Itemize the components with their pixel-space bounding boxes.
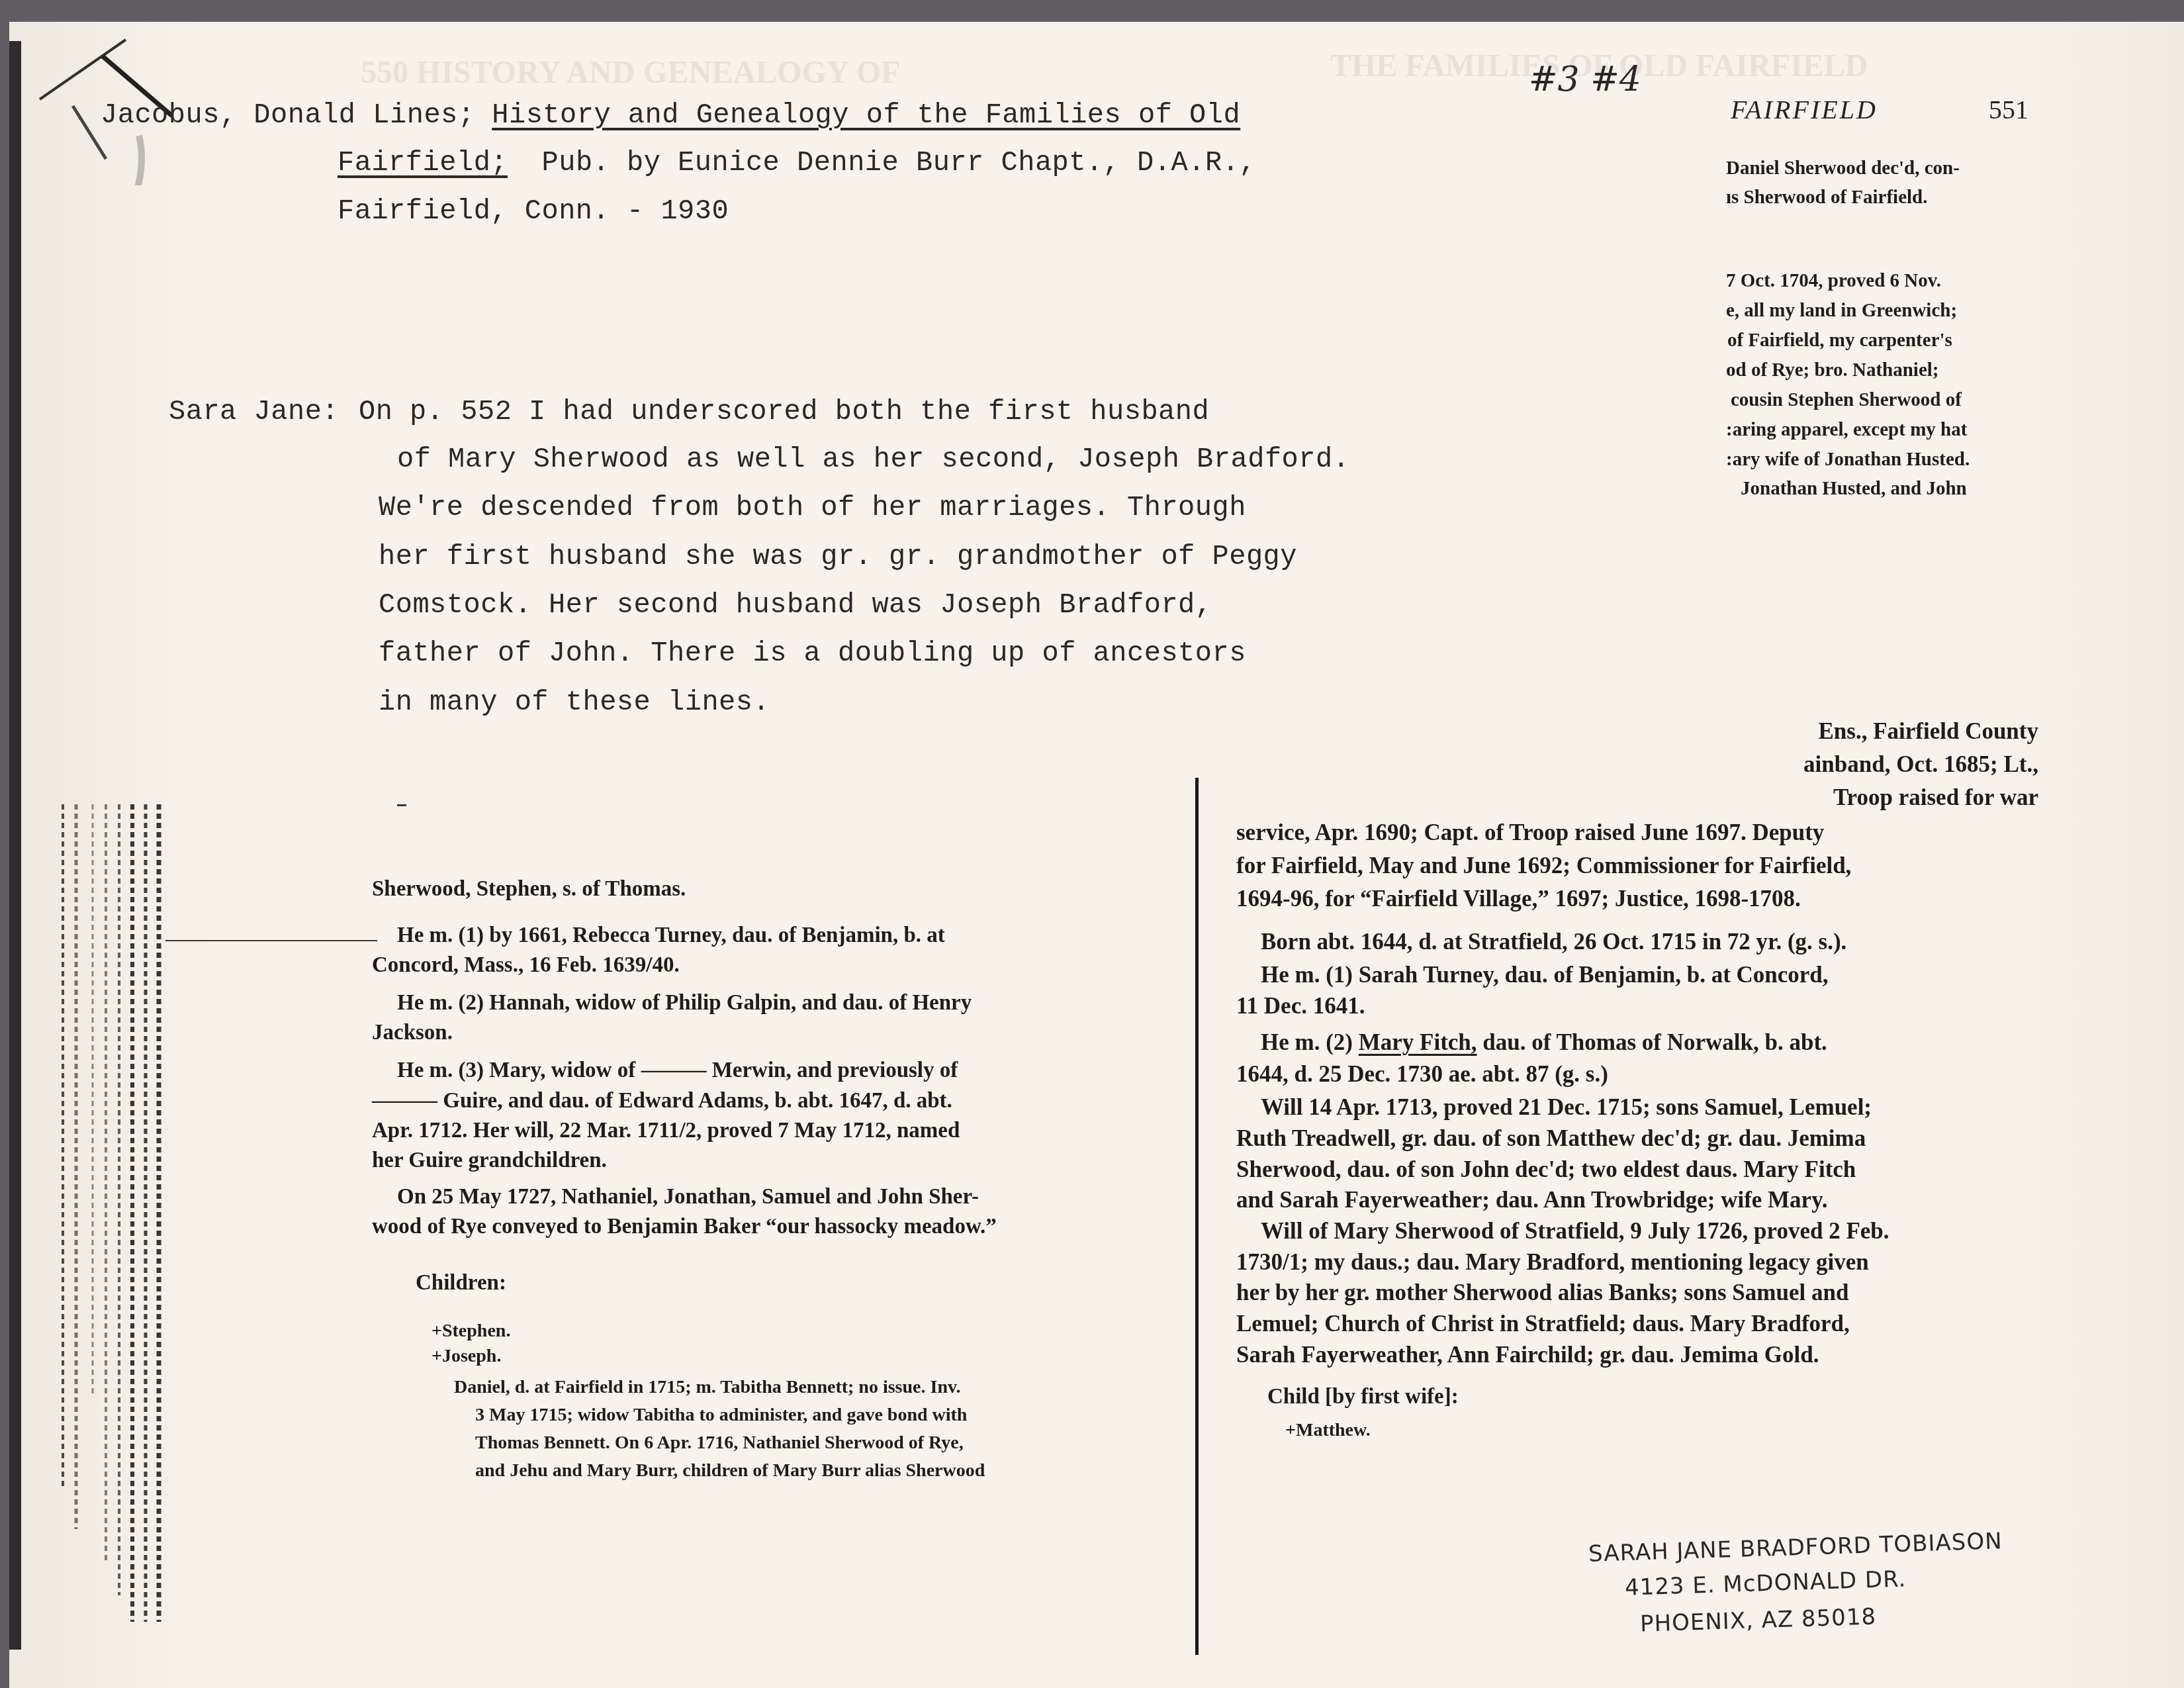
entry-line: Will 14 Apr. 1713, proved 21 Dec. 1715; …	[1261, 1094, 1872, 1121]
entry-line: Sherwood, dau. of son John dec'd; two el…	[1236, 1156, 1856, 1183]
running-title: FAIRFIELD	[1731, 94, 1878, 125]
citation-publisher: Pub. by Eunice Dennie Burr Chapt., D.A.R…	[541, 147, 1256, 179]
entry-line: Sarah Fayerweather, Ann Fairchild; gr. d…	[1236, 1342, 1819, 1368]
scan-streaks	[56, 801, 169, 1662]
fragment-line: 7 Oct. 1704, proved 6 Nov.	[1726, 270, 1941, 292]
page-number: 551	[1989, 94, 2028, 125]
note-line: in many of these lines.	[379, 686, 770, 718]
entry-line: wood of Rye conveyed to Benjamin Baker “…	[372, 1215, 997, 1239]
child-entry-line: Daniel, d. at Fairfield in 1715; m. Tabi…	[454, 1377, 960, 1398]
note-line: of Mary Sherwood as well as her second, …	[397, 444, 1349, 475]
entry-line: Born abt. 1644, d. at Stratfield, 26 Oct…	[1261, 929, 1846, 955]
entry-line: 11 Dec. 1641.	[1236, 993, 1365, 1019]
entry-line: Concord, Mass., 16 Feb. 1639/40.	[372, 953, 680, 978]
entry-line: for Fairfield, May and June 1692; Commis…	[1236, 853, 1851, 879]
margin-rule	[165, 940, 377, 941]
citation-line-2: Fairfield; Pub. by Eunice Dennie Burr Ch…	[338, 147, 1256, 179]
underscored-name-mary-fitch: Mary Fitch,	[1359, 1029, 1477, 1055]
entry-line: Jackson.	[372, 1021, 453, 1045]
note-line: her first husband she was gr. gr. grandm…	[379, 541, 1297, 573]
note-line: father of John. There is a doubling up o…	[379, 637, 1246, 669]
citation-author: Jacobus, Donald Lines;	[101, 99, 475, 131]
child-item: +Stephen.	[432, 1321, 510, 1342]
entry-line: He m. (1) Sarah Turney, dau. of Benjamin…	[1261, 962, 1829, 988]
note-line: On p. 552 I had underscored both the fir…	[359, 396, 1209, 428]
entry-line: He m. (3) Mary, widow of ——— Merwin, and…	[397, 1058, 958, 1083]
column-divider	[1195, 778, 1199, 1655]
child-item: +Joseph.	[432, 1346, 501, 1367]
note-line: We're descended from both of her marriag…	[379, 492, 1246, 524]
entry-line: He m. (1) by 1661, Rebecca Turney, dau. …	[397, 923, 945, 948]
entry-line: On 25 May 1727, Nathaniel, Jonathan, Sam…	[397, 1185, 979, 1209]
handwritten-page-mark: #3 #4	[1529, 60, 1641, 99]
note-label: Sara Jane:	[169, 396, 339, 428]
entry-line: He m. (2) Hannah, widow of Philip Galpin…	[397, 991, 972, 1015]
entry-line: and Sarah Fayerweather; dau. Ann Trowbri…	[1236, 1187, 1827, 1213]
child-entry-line: 3 May 1715; widow Tabitha to administer,…	[475, 1405, 967, 1426]
entry-line: her Guire grandchildren.	[372, 1149, 607, 1173]
child-entry-line: and Jehu and Mary Burr, children of Mary…	[475, 1460, 985, 1481]
fragment-line: e, all my land in Greenwich;	[1726, 300, 1957, 322]
right-fragment-line: Troop raised for war	[1833, 784, 2038, 811]
scan-left-edge	[9, 41, 21, 1650]
entry-line: Apr. 1712. Her will, 22 Mar. 1711/2, pro…	[372, 1119, 960, 1143]
entry-line: service, Apr. 1690; Capt. of Troop raise…	[1236, 820, 1824, 846]
entry-line: 1694-96, for “Fairfield Village,” 1697; …	[1236, 886, 1801, 912]
citation-title-part1: History and Genealogy of the Families of…	[492, 99, 1240, 131]
child-label: Child [by first wife]:	[1267, 1385, 1459, 1409]
child-item: +Matthew.	[1285, 1420, 1371, 1441]
entry-heading: Sherwood, Stephen, s. of Thomas.	[372, 877, 686, 902]
child-entry-line: Thomas Bennett. On 6 Apr. 1716, Nathanie…	[475, 1432, 964, 1454]
right-fragment-line: Ens., Fairfield County	[1818, 718, 2038, 745]
fragment-line: od of Rye; bro. Nathaniel;	[1726, 359, 1938, 381]
fragment-line: :ary wife of Jonathan Husted.	[1726, 449, 1970, 471]
entry-line: her by her gr. mother Sherwood alias Ban…	[1236, 1280, 1848, 1306]
citation-line-1: Jacobus, Donald Lines; History and Genea…	[101, 99, 1240, 131]
fragment-line: :aring apparel, except my hat	[1726, 419, 1967, 441]
entry-line: Lemuel; Church of Christ in Stratfield; …	[1236, 1311, 1850, 1337]
citation-title-part2: Fairfield;	[338, 147, 508, 179]
fragment-line: of Fairfield, my carpenter's	[1727, 330, 1952, 352]
dash-mark	[397, 804, 406, 806]
children-label: Children:	[416, 1271, 506, 1295]
entry-line: 1730/1; my daus.; dau. Mary Bradford, me…	[1236, 1249, 1869, 1276]
entry-line: 1644, d. 25 Dec. 1730 ae. abt. 87 (g. s.…	[1236, 1061, 1608, 1088]
fragment-line: cousin Stephen Sherwood of	[1731, 389, 1962, 411]
citation-place-year: Fairfield, Conn. - 1930	[338, 195, 729, 227]
entry-line: Will of Mary Sherwood of Stratfield, 9 J…	[1261, 1218, 1889, 1244]
fragment-line: ıs Sherwood of Fairfield.	[1726, 187, 1928, 209]
ghost-header-left: 550 HISTORY AND GENEALOGY OF	[361, 54, 900, 91]
note-line: Comstock. Her second husband was Joseph …	[379, 589, 1212, 621]
entry-line: Ruth Treadwell, gr. dau. of son Matthew …	[1236, 1125, 1866, 1152]
entry-line: ——— Guire, and dau. of Edward Adams, b. …	[372, 1089, 952, 1113]
fragment-line: Jonathan Husted, and John	[1741, 478, 1967, 500]
right-fragment-line: ainband, Oct. 1685; Lt.,	[1803, 751, 2038, 778]
fragment-line: Daniel Sherwood dec'd, con-	[1726, 158, 1960, 179]
second-marriage-prefix: He m. (2)	[1261, 1029, 1359, 1055]
second-marriage-suffix: dau. of Thomas of Norwalk, b. abt.	[1477, 1029, 1827, 1055]
second-marriage-line: He m. (2) Mary Fitch, dau. of Thomas of …	[1261, 1029, 1827, 1056]
